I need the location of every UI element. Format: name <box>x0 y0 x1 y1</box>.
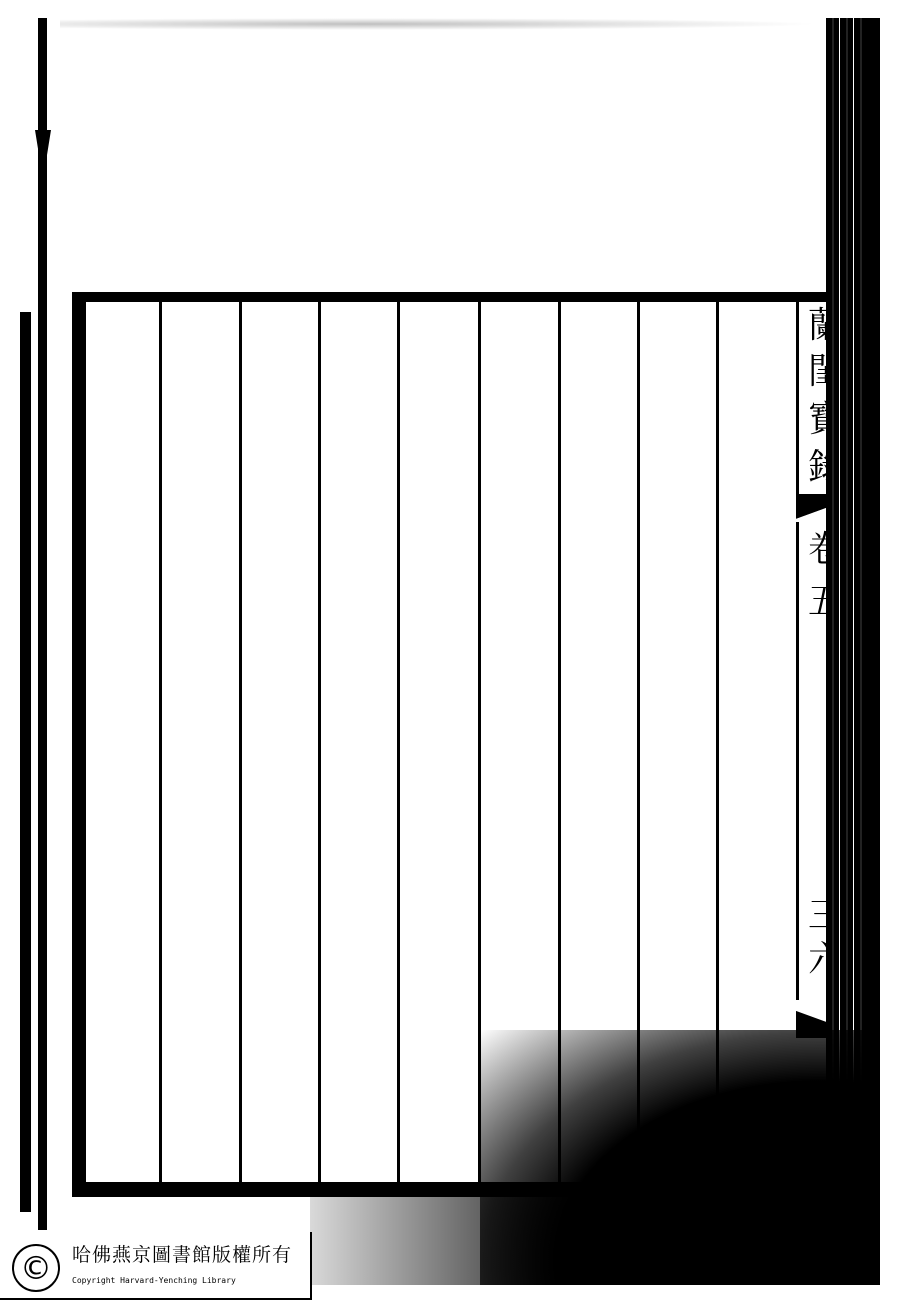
column-rule <box>159 302 162 1188</box>
copyright-chinese-text: 哈佛燕京圖書館版權所有 <box>72 1240 292 1267</box>
copyright-icon: © <box>12 1244 60 1292</box>
left-page-edge-bar <box>20 312 31 1212</box>
column-rule <box>397 302 400 1188</box>
left-binding-edge <box>38 18 47 1230</box>
column-rule <box>318 302 321 1188</box>
copyright-english-text: Copyright Harvard-Yenching Library <box>72 1276 236 1285</box>
column-rule <box>239 302 242 1188</box>
fish-tail-notch-icon <box>33 130 53 190</box>
copyright-stamp: © 哈佛燕京圖書館版權所有 Copyright Harvard-Yenching… <box>0 1232 312 1300</box>
top-edge-smudge <box>60 18 820 30</box>
bottom-edge-stain <box>310 1195 880 1285</box>
